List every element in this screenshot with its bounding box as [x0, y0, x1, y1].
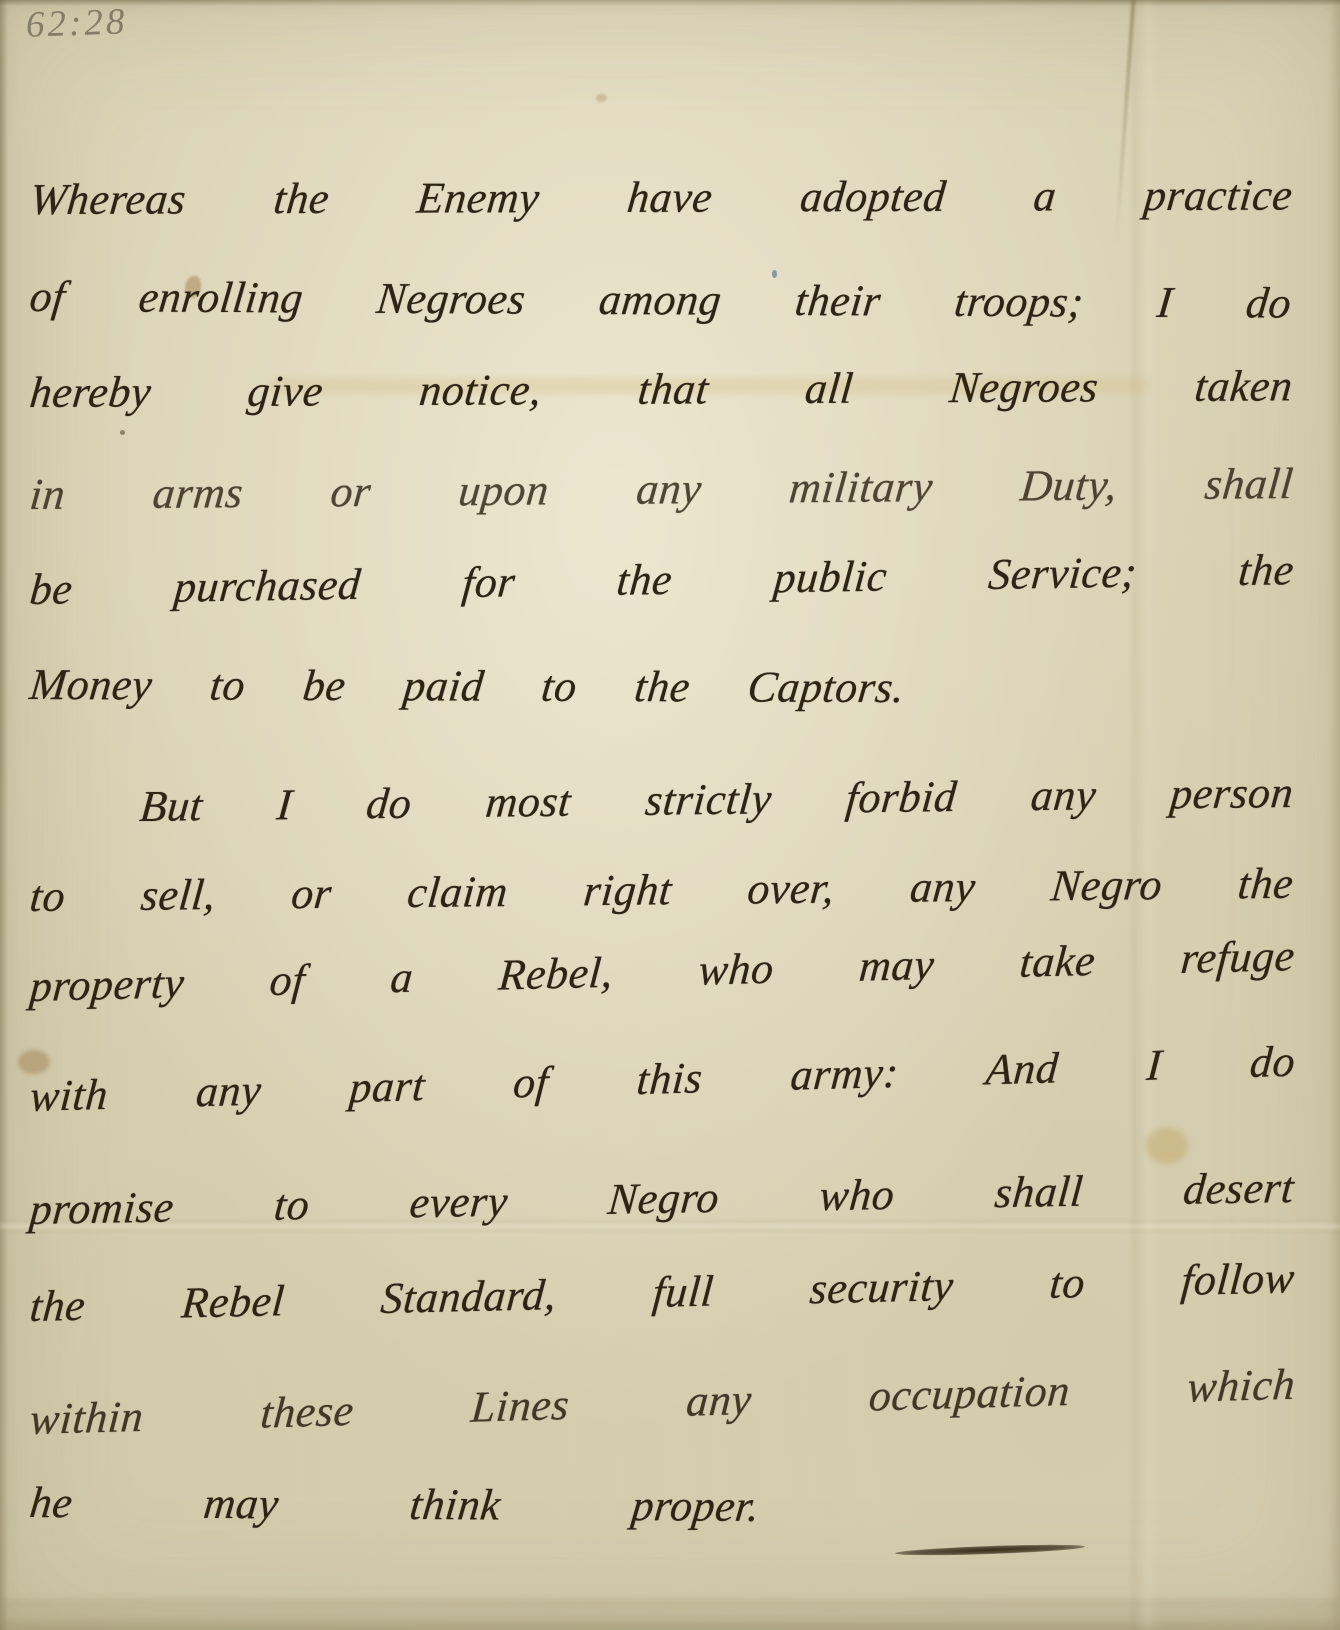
manuscript-line: hereby give notice, that all Negroes tak… — [27, 361, 1295, 418]
manuscript-line: property of a Rebel, who may take refuge — [28, 931, 1297, 1012]
manuscript-line: in arms or upon any military Duty, shall — [28, 459, 1296, 521]
manuscript-line: But I do most strictly forbid any person — [138, 768, 1296, 833]
manuscript-line: with any part of this army: And I do — [28, 1037, 1297, 1123]
manuscript-page: 62:28 Whereas the Enemy have adopted a p… — [0, 0, 1340, 1630]
ink-speck — [120, 430, 125, 435]
manuscript-line: Whereas the Enemy have adopted a practic… — [27, 171, 1295, 226]
paper-stain — [1146, 1128, 1188, 1164]
manuscript-line: be purchased for the public Service; the — [28, 545, 1296, 615]
manuscript-line: to sell, or claim right over, any Negro … — [28, 859, 1296, 923]
paper-stain — [18, 1050, 50, 1074]
manuscript-line: of enrolling Negroes among their troops;… — [27, 272, 1294, 329]
archive-mark: 62:28 — [25, 0, 128, 47]
paper-stain — [596, 94, 607, 102]
manuscript-line: Money to be paid to the Captors. — [27, 660, 907, 714]
manuscript-line: the Rebel Standard, full security to fol… — [28, 1253, 1297, 1332]
ink-flourish — [895, 1543, 1085, 1558]
manuscript-line: within these Lines any occupation which — [28, 1360, 1297, 1446]
manuscript-line: he may think proper. — [27, 1478, 762, 1532]
